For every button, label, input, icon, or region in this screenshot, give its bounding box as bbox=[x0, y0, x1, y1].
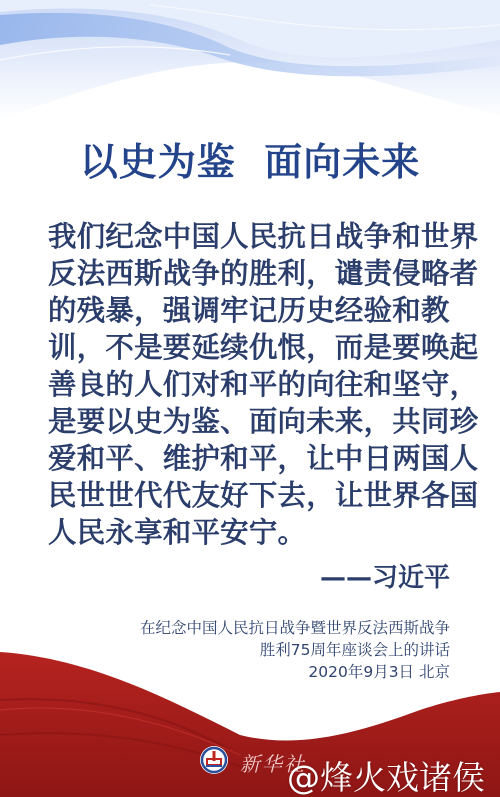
poster-title: 以史为鉴 面向未来 bbox=[0, 131, 500, 186]
quote-line: 善良的人们对和平的向往和坚守， bbox=[48, 366, 458, 403]
quote-signature: ——习近平 bbox=[320, 557, 450, 594]
source-line: 在纪念中国人民抗日战争暨世界反法西斯战争 bbox=[140, 617, 450, 639]
quote-line: 我们纪念中国人民抗日战争和世界 bbox=[48, 218, 458, 255]
quote-line: 反法西斯战争的胜利，谴责侵略者 bbox=[48, 255, 458, 292]
xinhua-logo-icon bbox=[199, 745, 229, 775]
quote-line: 的残暴，强调牢记历史经验和教 bbox=[48, 292, 458, 329]
watermark: @烽火戏诸侯 bbox=[287, 752, 485, 797]
blue-wave-decoration bbox=[0, 0, 500, 130]
quote-line: 民世世代代友好下去，让世界各国 bbox=[48, 477, 458, 514]
quote-line: 爱和平、维护和平，让中日两国人 bbox=[48, 440, 458, 477]
quote-line: 是要以史为鉴、面向未来，共同珍 bbox=[48, 403, 458, 440]
quote-body: 我们纪念中国人民抗日战争和世界 反法西斯战争的胜利，谴责侵略者 的残暴，强调牢记… bbox=[48, 218, 458, 551]
quote-line: 人民永享和平安宁。 bbox=[48, 514, 458, 551]
quote-line: 训，不是要延续仇恨，而是要唤起 bbox=[48, 329, 458, 366]
